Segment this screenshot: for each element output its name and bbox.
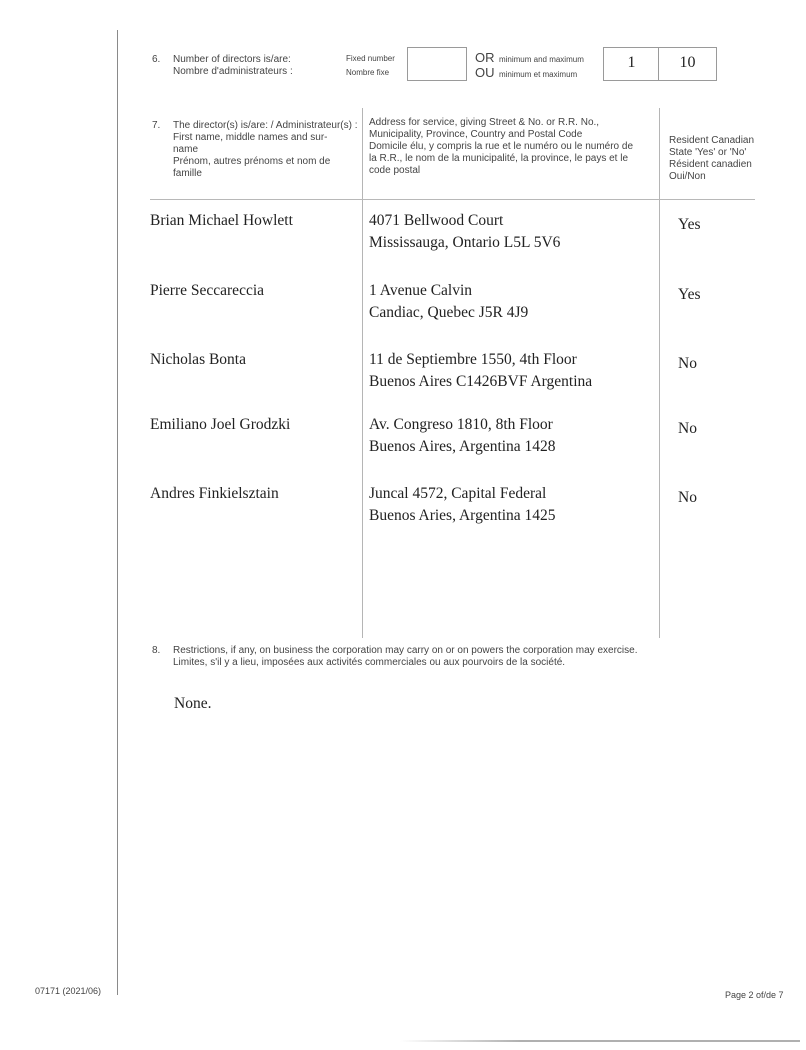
header-address-line: Address for service, giving Street & No.… [369, 117, 659, 129]
directors-name-header: The director(s) is/are: / Administrateur… [173, 120, 363, 180]
maximum-directors-field[interactable]: 10 [658, 47, 717, 81]
director-address: 1 Avenue Calvin Candiac, Quebec J5R 4J9 [369, 280, 528, 324]
or-min-max-text: minimum and maximum [499, 55, 584, 64]
section-8-label-en: Restrictions, if any, on business the co… [173, 645, 637, 657]
director-resident: Yes [678, 214, 701, 236]
director-resident: No [678, 418, 697, 440]
fixed-number-label-fr: Nombre fixe [346, 68, 389, 78]
minimum-directors-field[interactable]: 1 [603, 47, 660, 81]
header-resident-line: Resident Canadian [669, 135, 769, 147]
header-address-line: Municipality, Province, Country and Post… [369, 129, 659, 141]
address-header: Address for service, giving Street & No.… [369, 117, 659, 177]
address-line-2: Mississauga, Ontario L5L 5V6 [369, 232, 560, 254]
header-resident-line: Oui/Non [669, 171, 769, 183]
header-name-line: First name, middle names and sur- [173, 132, 363, 144]
section-6-label-fr: Nombre d'administrateurs : [173, 66, 293, 78]
ou-label: OU [475, 65, 495, 80]
address-line-1: 1 Avenue Calvin [369, 280, 528, 302]
director-address: 4071 Bellwood Court Mississauga, Ontario… [369, 210, 560, 254]
restrictions-value: None. [174, 693, 211, 715]
header-address-line: la R.R., le nom de la municipalité, la p… [369, 153, 659, 165]
left-margin-rule [117, 30, 118, 995]
section-6-number: 6. [152, 54, 160, 66]
header-name-line: name [173, 144, 363, 156]
fixed-number-label-en: Fixed number [346, 54, 395, 64]
director-resident: Yes [678, 284, 701, 306]
scan-edge-rule [400, 1040, 800, 1042]
address-line-2: Buenos Aires C1426BVF Argentina [369, 371, 592, 393]
section-8-label-fr: Limites, s'il y a lieu, imposées aux act… [173, 657, 565, 669]
or-label: OR [475, 50, 495, 65]
address-line-2: Buenos Aires, Argentina 1428 [369, 436, 556, 458]
header-name-line: The director(s) is/are: / Administrateur… [173, 120, 363, 132]
director-resident: No [678, 487, 697, 509]
address-line-2: Candiac, Quebec J5R 4J9 [369, 302, 528, 324]
section-7-number: 7. [152, 120, 160, 132]
address-line-1: 11 de Septiembre 1550, 4th Floor [369, 349, 592, 371]
header-address-line: code postal [369, 165, 659, 177]
director-name: Brian Michael Howlett [150, 210, 293, 232]
director-name: Nicholas Bonta [150, 349, 246, 371]
header-address-line: Domicile élu, y compris la rue et le num… [369, 141, 659, 153]
director-name: Andres Finkielsztain [150, 483, 279, 505]
fixed-number-field[interactable] [407, 47, 467, 81]
section-6-label-en: Number of directors is/are: [173, 54, 291, 66]
header-resident-line: Résident canadien [669, 159, 769, 171]
director-name: Emiliano Joel Grodzki [150, 414, 290, 436]
director-address: Juncal 4572, Capital Federal Buenos Arie… [369, 483, 556, 527]
column-divider-1 [362, 108, 363, 638]
address-line-1: Av. Congreso 1810, 8th Floor [369, 414, 556, 436]
address-line-2: Buenos Aries, Argentina 1425 [369, 505, 556, 527]
director-address: Av. Congreso 1810, 8th Floor Buenos Aire… [369, 414, 556, 458]
header-name-line: famille [173, 168, 363, 180]
director-address: 11 de Septiembre 1550, 4th Floor Buenos … [369, 349, 592, 393]
director-resident: No [678, 353, 697, 375]
ou-min-max-text: minimum et maximum [499, 70, 577, 79]
column-divider-2 [659, 108, 660, 638]
header-name-line: Prénom, autres prénoms et nom de [173, 156, 363, 168]
address-line-1: Juncal 4572, Capital Federal [369, 483, 556, 505]
address-line-1: 4071 Bellwood Court [369, 210, 560, 232]
resident-header: Resident Canadian State 'Yes' or 'No' Ré… [669, 135, 769, 183]
header-divider [150, 199, 755, 200]
ou-min-max-label: OU minimum et maximum [475, 64, 577, 82]
page-number: Page 2 of/de 7 [725, 990, 784, 1000]
form-code: 07171 (2021/06) [35, 986, 101, 996]
director-name: Pierre Seccareccia [150, 280, 264, 302]
section-8-number: 8. [152, 645, 160, 657]
header-resident-line: State 'Yes' or 'No' [669, 147, 769, 159]
